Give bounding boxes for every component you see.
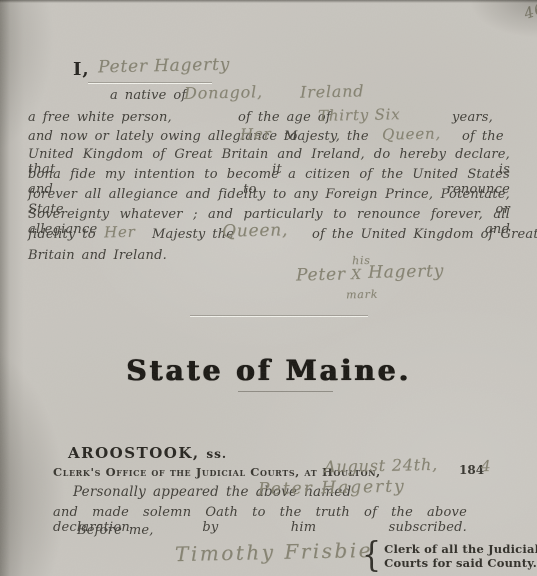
age-entry: Thirty Six [318, 105, 401, 125]
signature-first-name: Peter [296, 264, 346, 285]
fidelity-label: fidelity to [28, 227, 96, 242]
signature-mark: mark [346, 288, 378, 302]
clerk-title-block: { Clerk of all the Judicial Courts for s… [362, 541, 537, 571]
brace-left: { [362, 539, 381, 574]
majesty-label: Majesty, the [284, 129, 369, 144]
section-divider [190, 316, 368, 317]
her-entry-1: Her [240, 125, 272, 144]
years-label: years, [452, 110, 493, 125]
native-of-label: a native of [110, 88, 186, 103]
signature-x-mark: X [351, 267, 362, 283]
before-me-label: Before me, [77, 523, 154, 538]
declarant-name: Peter Hagerty [98, 55, 230, 78]
date-entry: August 24th, [324, 455, 438, 476]
year-entry: 4 [481, 457, 492, 475]
birthplace-entry: Donagol, [184, 82, 263, 103]
queen-entry-1: Queen, [382, 124, 441, 143]
clerk-title-line1: Clerk of all the Judicial [384, 542, 537, 556]
county-line: AROOSTOOK, ss. [68, 444, 227, 462]
county-name: AROOSTOOK, [68, 444, 200, 462]
country-entry: Ireland [300, 81, 365, 101]
britain-label: Britain and Ireland. [28, 248, 167, 263]
age-label: of the age of [238, 110, 331, 125]
heading-underline [238, 391, 333, 392]
county-ss: ss. [206, 447, 227, 461]
state-heading: State of Maine. [0, 354, 537, 387]
of-the-label: of the [462, 129, 504, 144]
clerk-signature: Timothy Frisbie [175, 538, 373, 566]
her-entry-2: Her [104, 223, 136, 242]
queen-entry-2: Queen, [222, 220, 289, 241]
signature-last-name: Hagerty [368, 261, 444, 283]
corner-mark: 46 [522, 0, 537, 23]
appeared-name-entry: Peter Hagerty [258, 476, 406, 499]
great-label: of the United Kingdom of Great [312, 227, 537, 242]
opening-i: I, [73, 59, 90, 80]
clerk-title: Clerk of all the Judicial Courts for sai… [384, 542, 537, 571]
clerk-title-line2: Courts for said County. [384, 556, 537, 570]
document-page: 46 I, Peter Hagerty a native of Donagol,… [0, 0, 537, 576]
free-person-label: a free white person, [28, 110, 172, 125]
